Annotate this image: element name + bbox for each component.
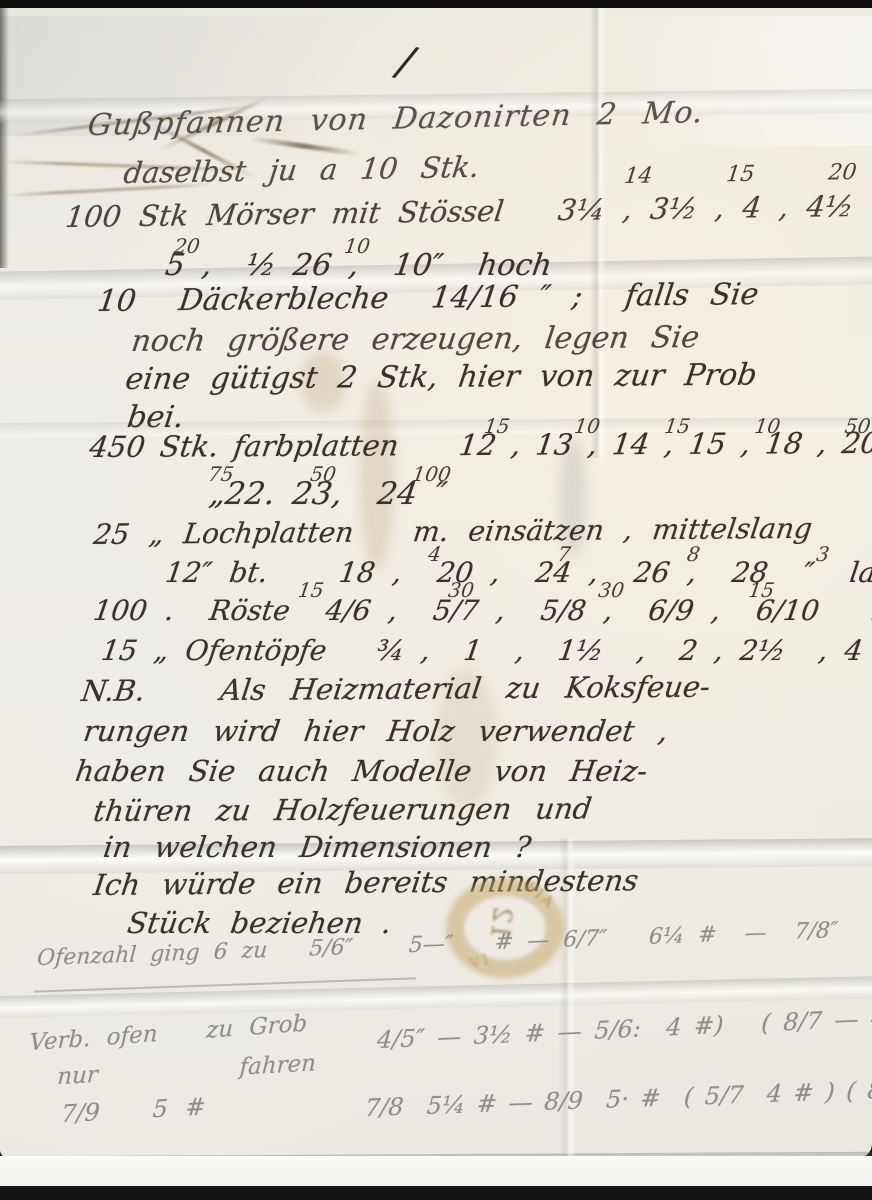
manuscript-line: noch größere erzeugen, legen Sie — [129, 320, 701, 359]
manuscript-line: 5 , ½ 26 , 10″ hoch — [163, 248, 554, 283]
scanner-background — [0, 1186, 872, 1200]
manuscript-line: in welchen Dimensionen ? — [101, 830, 533, 864]
manuscript-line: eine gütigst 2 Stk, hier von zur Prob — [123, 358, 759, 397]
paper-sheet: / Gußpfannen von Dazonirten 2 Mo. daselb… — [0, 8, 872, 1158]
manuscript-line: 100 . Röste 4/6 , 5/7 , 5/8 , 6/9 , 6/10… — [91, 594, 872, 627]
manuscript-line: 10 Däckerbleche 14/16 ″ ; falls Sie — [95, 277, 760, 319]
pencil-note: Verb. ofen zu Grob — [29, 1011, 308, 1057]
pencil-calculation: 7/9 5 # — [61, 1092, 207, 1128]
paper-left-edge-shadow — [0, 8, 9, 268]
pencil-calculation: 7/8 5¼ # — 8/9 5· # ( 5/7 4 # ) ( 8/8 4¼… — [364, 1071, 872, 1122]
manuscript-superscript-quantities: 14 15 20 20 — [623, 159, 872, 189]
scanned-letter-page: { "page": { "kind": "scan of a 19th-cent… — [0, 0, 872, 1200]
manuscript-line: thüren zu Holzfeuerungen und — [91, 791, 593, 828]
manuscript-line: rungen wird hier Holz verwendet , — [81, 714, 670, 748]
manuscript-line: haben Sie auch Modelle von Heiz- — [73, 754, 649, 788]
manuscript-line: 450 Stk. farbplatten 12 , 13 , 14 , 15 ,… — [87, 425, 872, 464]
manuscript-line: 15 „ Ofentöpfe ¾ , 1 , 1½ , 2 , 2½ , 4 . — [99, 634, 872, 667]
pencil-note: nur fahren — [57, 1050, 317, 1090]
manuscript-line: N.B. Als Heizmaterial zu Koksfeue- — [79, 670, 712, 708]
pencil-calculation: 4/5″ — 3½ # — 5/6: 4 #) ( 8/7 — 4⅓ # ) — [376, 1000, 872, 1054]
manuscript-line: 100 Stk Mörser mit Stössel 3¼ , 3½ , 4 ,… — [64, 189, 856, 234]
manuscript-line: „22. 23, 24 ″ — [207, 476, 449, 512]
manuscript-line: daselbst ju a 10 Stk. — [122, 150, 481, 190]
scanner-bed-strip — [0, 1156, 872, 1188]
